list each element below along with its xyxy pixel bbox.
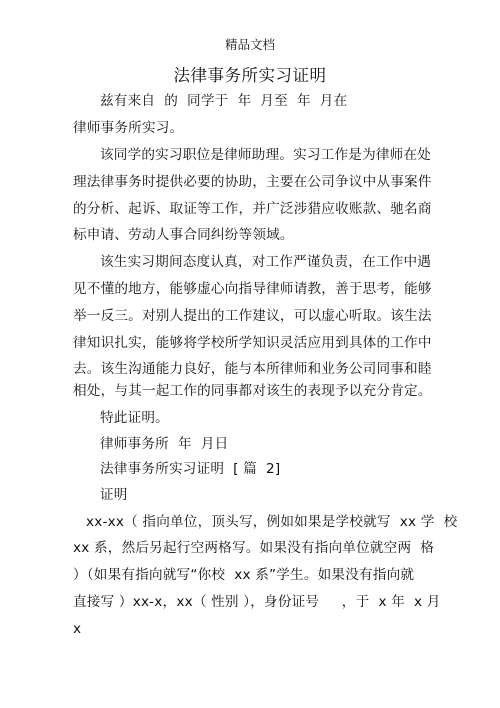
body-line: 律师事务所 年 月日 [100,436,228,452]
body-line: x [73,621,81,637]
body-line: 相处，与其一起工作的同事都对该生的表现予以充分肯定。 [73,383,432,399]
body-line: 特此证明。 [100,410,169,426]
body-line: 见不懂的地方，能够虚心向指导律师请教，善于思考，能够 [73,281,432,297]
body-line: 的分析、起诉、取证等工作，并广泛涉猎应收账款、驰名商 [73,201,432,217]
body-line: xx-xx（ 指向单位，顶头写，例如如果是学校就写 xx 学 校 [86,514,457,530]
body-line: 去。该生沟通能力良好，能与本所律师和业务公司同事和睦 [73,361,432,377]
body-line: xx 系，然后另起行空两格写。如果没有指向单位就空两 格 [73,540,434,556]
body-line: 标申请、劳动人事合同纠纷等领域。 [73,227,294,243]
body-line: 律知识扎实，能够将学校所学知识灵活应用到具体的工作中 [73,335,432,351]
body-line: 法律事务所实习证明 [ 篇 2] [100,461,280,477]
body-line: 直接写 ）xx-x，xx（ 性别 ），身份证号 ，于 x 年 x 月 [73,594,441,610]
page-header: 精品文档 [0,37,500,53]
body-line: 证明 [100,487,128,503]
body-line: 兹有来自 的 同学于 年 月至 年 月在 [100,93,347,109]
body-line: 举一反三。对别人提出的工作建议，可以虚心听取。该生法 [73,308,432,324]
body-line: 该生实习期间态度认真，对工作严谨负责，在工作中遇 [100,254,431,270]
body-line: 该同学的实习职位是律师助理。实习工作是为律师在处 [100,147,431,163]
body-line: 理法律事务时提供必要的协助，主要在公司争议中从事案件 [73,174,432,190]
document-title: 法律事务所实习证明 [0,66,500,86]
body-line: ）（如果有指向就写“你校 xx 系”学生。如果没有指向就 [73,567,414,583]
document-page: 精品文档 法律事务所实习证明 兹有来自 的 同学于 年 月至 年 月在律师事务所… [0,0,500,708]
body-line: 律师事务所实习。 [73,120,183,136]
